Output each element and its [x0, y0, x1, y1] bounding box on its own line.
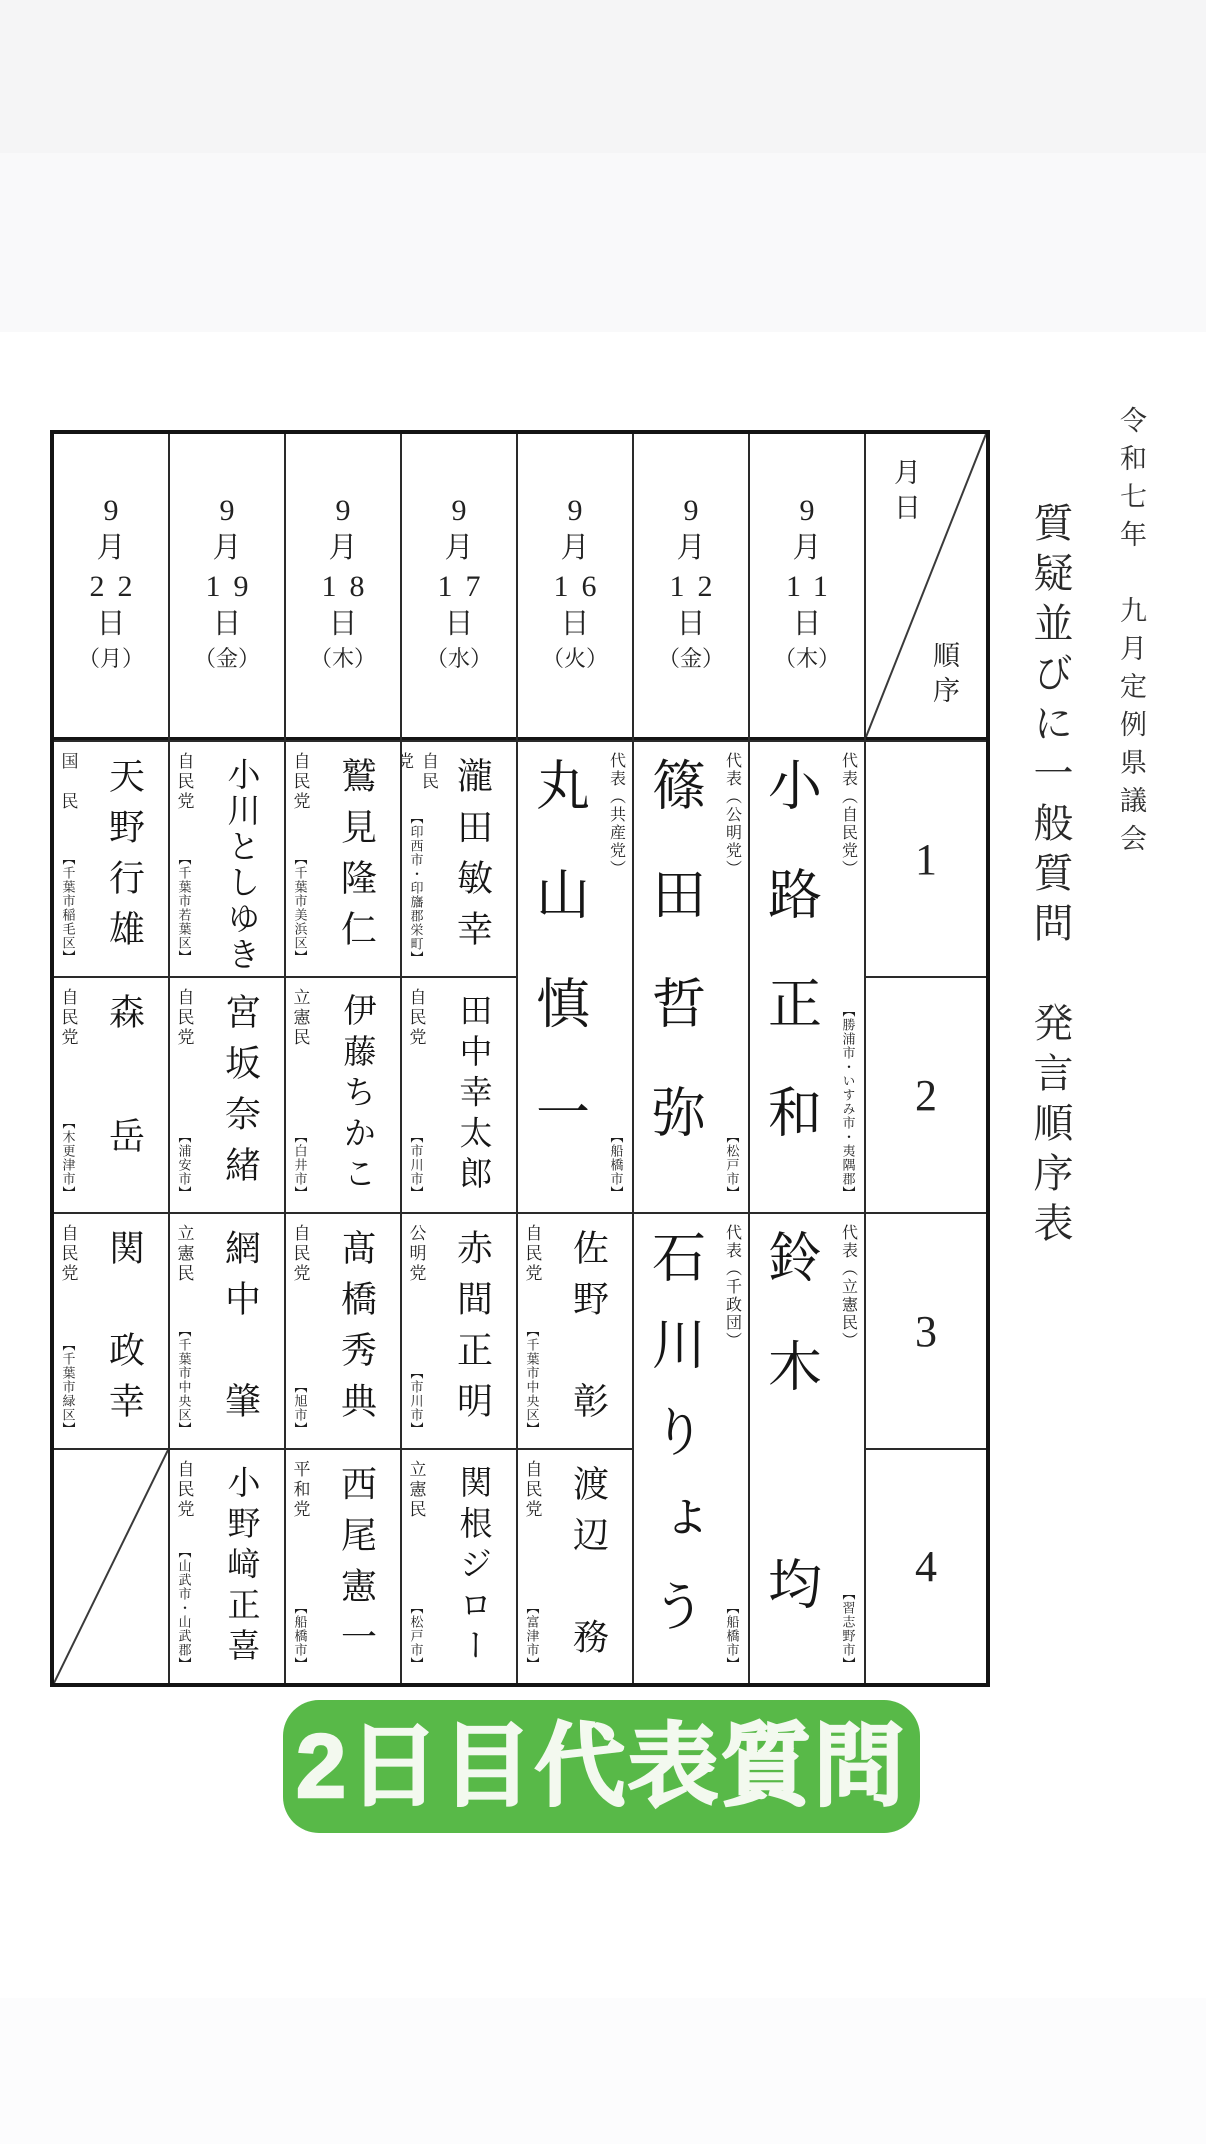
corner-month-day-label: 月日: [886, 458, 925, 528]
district-label: 【船橋市】: [291, 1601, 310, 1671]
date-header-cell: 9月18日（木）: [286, 434, 400, 740]
district-label: 【市川市】: [407, 1366, 426, 1436]
date-weekday: （火）: [542, 645, 608, 673]
date-weekday: （木）: [310, 645, 376, 673]
district-label: 【山武市・山武郡】: [175, 1545, 194, 1671]
member-name-wrap: 関根ジロー: [430, 1450, 516, 1683]
date-weekday: （金）: [658, 645, 724, 673]
member-cell: 小路正和代表（自民党）【勝浦市・いすみ市・夷隅郡】: [750, 742, 864, 1212]
party-label: 立憲民: [288, 988, 313, 1048]
member-label-column: 自民党【千葉市若葉区】: [170, 742, 198, 976]
member-name: 小路正和: [753, 757, 830, 1193]
member-name: 鷲見隆仁: [332, 757, 383, 961]
member-label-column: 代表（共産党）【船橋市】: [600, 742, 632, 1212]
district-label: 【旭市】: [291, 1380, 310, 1436]
member-cell: 自民党【旭市】髙橋秀典: [286, 1214, 400, 1448]
empty-cell: [54, 1450, 168, 1683]
member-name: 関 政幸: [100, 1229, 151, 1433]
district-label: 【浦安市】: [175, 1130, 194, 1200]
member-cell: 鈴木 均代表（立憲民）【習志野市】: [750, 1214, 864, 1683]
date-day-number: 22: [90, 568, 146, 606]
member-label-column: 国 民【千葉市稲毛区】: [54, 742, 82, 976]
district-label: 【木更津市】: [59, 1116, 78, 1200]
date-day-number: 12: [670, 568, 726, 606]
member-name: 関根ジロー: [450, 1465, 497, 1669]
member-cell: 自民党【浦安市】宮坂奈緒: [170, 978, 284, 1212]
district-label: 【千葉市緑区】: [59, 1338, 78, 1436]
district-label: 【船橋市】: [607, 1130, 626, 1200]
member-name-wrap: 関 政幸: [82, 1214, 168, 1448]
member-name: 伊藤ちかこ: [334, 993, 381, 1197]
member-name-wrap: 伊藤ちかこ: [314, 978, 400, 1212]
member-name: 西尾憲一: [332, 1465, 383, 1669]
district-label: 【市川市】: [407, 1130, 426, 1200]
date-header-cell: 9月12日（金）: [634, 434, 748, 740]
order-cell: 4: [866, 1450, 986, 1683]
member-cell: 石川りょう代表（千政団）【船橋市】: [634, 1214, 748, 1683]
member-name: 石川りょう: [637, 1229, 714, 1665]
party-label: 自民党: [288, 1224, 313, 1284]
date-month-unit: 月: [212, 530, 241, 567]
member-name: 佐野 彰: [564, 1229, 615, 1433]
date-month-unit: 月: [792, 530, 821, 567]
member-name: 鈴木 均: [753, 1229, 830, 1665]
date-weekday: （水）: [426, 645, 492, 673]
member-cell: 公明党【市川市】赤間正明: [402, 1214, 516, 1448]
party-label: 自民党: [172, 752, 197, 812]
member-name: 田中幸太郎: [450, 993, 497, 1197]
member-name-wrap: 赤間正明: [430, 1214, 516, 1448]
member-name-wrap: 天野行雄: [82, 742, 168, 976]
background-band-bottom: [0, 1998, 1206, 2144]
order-number: 1: [915, 834, 937, 885]
member-name-wrap: 森 岳: [82, 978, 168, 1212]
date-month-number: 9: [104, 492, 119, 530]
order-number: 4: [915, 1541, 937, 1592]
member-name-wrap: 鈴木 均: [750, 1214, 832, 1683]
district-label: 【千葉市美浜区】: [291, 852, 310, 964]
member-name: 小野﨑正喜: [218, 1465, 265, 1669]
member-cell: 国 民【千葉市稲毛区】天野行雄: [54, 742, 168, 976]
date-day-unit: 日: [444, 606, 473, 643]
order-cell: 3: [866, 1214, 986, 1448]
screenshot-root: 令和七年 九月定例県議会 質疑並びに一般質問 発言順序表 月日順序12349月1…: [0, 0, 1206, 2144]
date-month-unit: 月: [676, 530, 705, 567]
order-number: 2: [915, 1070, 937, 1121]
district-label: 【白井市】: [291, 1130, 310, 1200]
date-month-number: 9: [452, 492, 467, 530]
district-label: 【勝浦市・いすみ市・夷隅郡】: [839, 1004, 858, 1200]
member-name: 小川としゆき: [218, 757, 265, 973]
district-label: 【千葉市稲毛区】: [59, 852, 78, 964]
party-label: 自民党: [404, 988, 429, 1048]
member-label-column: 自民党【浦安市】: [170, 978, 198, 1212]
member-name: 篠田哲弥: [637, 757, 714, 1193]
member-cell: 平和党【船橋市】西尾憲一: [286, 1450, 400, 1683]
date-header-cell: 9月16日（火）: [518, 434, 632, 740]
party-label: 代表（共産党）: [605, 752, 628, 878]
member-name: 瀧田敏幸: [448, 757, 499, 961]
member-name-wrap: 鷲見隆仁: [314, 742, 400, 976]
member-name-wrap: 西尾憲一: [314, 1450, 400, 1683]
member-name-wrap: 網中 肇: [198, 1214, 284, 1448]
party-label: 立憲民: [172, 1224, 197, 1284]
member-cell: 自民党【印西市・印旛郡栄町】瀧田敏幸: [402, 742, 516, 976]
member-label-column: 自民党【木更津市】: [54, 978, 82, 1212]
district-label: 【松戸市】: [407, 1601, 426, 1671]
badge-text: 2日目代表質問: [296, 1722, 907, 1812]
corner-cell: 月日順序: [866, 434, 986, 740]
member-name: 宮坂奈緒: [216, 993, 267, 1197]
party-label: 国 民: [56, 752, 81, 812]
member-label-column: 自民党【富津市】: [518, 1450, 546, 1683]
party-label: 自民党: [172, 988, 197, 1048]
date-month-number: 9: [336, 492, 351, 530]
date-day-number: 17: [438, 568, 494, 606]
member-name: 髙橋秀典: [332, 1229, 383, 1433]
member-label-column: 自民党【山武市・山武郡】: [170, 1450, 198, 1683]
member-name: 天野行雄: [100, 757, 151, 961]
date-weekday: （木）: [774, 645, 840, 673]
date-month-unit: 月: [328, 530, 357, 567]
district-label: 【印西市・印旛郡栄町】: [407, 811, 426, 964]
date-day-unit: 日: [328, 606, 357, 643]
date-month-number: 9: [684, 492, 699, 530]
district-label: 【松戸市】: [723, 1130, 742, 1200]
party-label: 代表（自民党）: [837, 752, 860, 878]
member-label-column: 代表（自民党）【勝浦市・いすみ市・夷隅郡】: [832, 742, 864, 1212]
member-label-column: 自民党【旭市】: [286, 1214, 314, 1448]
date-day-unit: 日: [676, 606, 705, 643]
order-number: 3: [915, 1306, 937, 1357]
member-cell: 自民党【山武市・山武郡】小野﨑正喜: [170, 1450, 284, 1683]
member-label-column: 自民党【千葉市緑区】: [54, 1214, 82, 1448]
order-cell: 2: [866, 978, 986, 1212]
background-band-top: [0, 0, 1206, 153]
member-cell: 自民党【千葉市中央区】佐野 彰: [518, 1214, 632, 1448]
document-subtitle: 令和七年 九月定例県議会: [1112, 406, 1151, 862]
party-label: 自民党: [520, 1460, 545, 1520]
date-day-number: 19: [206, 568, 262, 606]
party-label: 代表（立憲民）: [837, 1224, 860, 1350]
date-month-unit: 月: [444, 530, 473, 567]
date-day-unit: 日: [96, 606, 125, 643]
party-label: 代表（公明党）: [721, 752, 744, 878]
party-label: 立憲民: [404, 1460, 429, 1520]
member-name-wrap: 瀧田敏幸: [430, 742, 516, 976]
member-label-column: 自民党【千葉市美浜区】: [286, 742, 314, 976]
date-header-cell: 9月22日（月）: [54, 434, 168, 740]
party-label: 平和党: [288, 1460, 313, 1520]
member-name-wrap: 佐野 彰: [546, 1214, 632, 1448]
member-cell: 丸山慎一代表（共産党）【船橋市】: [518, 742, 632, 1212]
date-day-number: 16: [554, 568, 610, 606]
party-label: 自民党: [172, 1460, 197, 1520]
district-label: 【千葉市中央区】: [523, 1324, 542, 1436]
document-title: 質疑並びに一般質問 発言順序表: [1022, 502, 1079, 1252]
member-name-wrap: 田中幸太郎: [430, 978, 516, 1212]
member-name-wrap: 石川りょう: [634, 1214, 716, 1683]
date-day-number: 11: [786, 568, 841, 606]
schedule-table: 月日順序12349月11日（木）小路正和代表（自民党）【勝浦市・いすみ市・夷隅郡…: [50, 430, 990, 1687]
date-weekday: （月）: [78, 645, 144, 673]
member-cell: 立憲民【松戸市】関根ジロー: [402, 1450, 516, 1683]
district-label: 【習志野市】: [839, 1587, 858, 1671]
background-band-mid: [0, 153, 1206, 332]
member-label-column: 立憲民【松戸市】: [402, 1450, 430, 1683]
district-label: 【千葉市若葉区】: [175, 852, 194, 964]
member-name: 森 岳: [100, 993, 151, 1179]
member-name-wrap: 丸山慎一: [518, 742, 600, 1212]
member-name-wrap: 宮坂奈緒: [198, 978, 284, 1212]
party-label: 自民党: [288, 752, 313, 812]
member-label-column: 公明党【市川市】: [402, 1214, 430, 1448]
district-label: 【千葉市中央区】: [175, 1324, 194, 1436]
party-label: 自民党: [56, 1224, 81, 1284]
member-name-wrap: 小川としゆき: [198, 742, 284, 976]
member-cell: 自民党【木更津市】森 岳: [54, 978, 168, 1212]
member-name-wrap: 髙橋秀典: [314, 1214, 400, 1448]
member-cell: 自民党【千葉市緑区】関 政幸: [54, 1214, 168, 1448]
member-cell: 自民党【千葉市若葉区】小川としゆき: [170, 742, 284, 976]
member-name: 渡辺 務: [564, 1465, 615, 1669]
date-day-unit: 日: [212, 606, 241, 643]
member-label-column: 代表（公明党）【松戸市】: [716, 742, 748, 1212]
member-cell: 自民党【千葉市美浜区】鷲見隆仁: [286, 742, 400, 976]
party-label: 代表（千政団）: [721, 1224, 744, 1350]
member-label-column: 平和党【船橋市】: [286, 1450, 314, 1683]
member-cell: 篠田哲弥代表（公明党）【松戸市】: [634, 742, 748, 1212]
district-label: 【船橋市】: [723, 1601, 742, 1671]
date-month-number: 9: [568, 492, 583, 530]
party-label: 自民党: [520, 1224, 545, 1284]
district-label: 【富津市】: [523, 1601, 542, 1671]
member-label-column: 自民党【印西市・印旛郡栄町】: [402, 742, 430, 976]
date-header-cell: 9月19日（金）: [170, 434, 284, 740]
member-label-column: 自民党【市川市】: [402, 978, 430, 1212]
date-day-unit: 日: [792, 606, 821, 643]
member-label-column: 代表（立憲民）【習志野市】: [832, 1214, 864, 1683]
member-cell: 立憲民【白井市】伊藤ちかこ: [286, 978, 400, 1212]
member-cell: 自民党【市川市】田中幸太郎: [402, 978, 516, 1212]
member-label-column: 立憲民【白井市】: [286, 978, 314, 1212]
date-day-number: 18: [322, 568, 378, 606]
member-name-wrap: 篠田哲弥: [634, 742, 716, 1212]
date-weekday: （金）: [194, 645, 260, 673]
member-name-wrap: 渡辺 務: [546, 1450, 632, 1683]
date-header-cell: 9月17日（水）: [402, 434, 516, 740]
date-day-unit: 日: [560, 606, 589, 643]
member-name: 赤間正明: [448, 1229, 499, 1433]
member-cell: 立憲民【千葉市中央区】網中 肇: [170, 1214, 284, 1448]
day2-badge: 2日目代表質問: [283, 1700, 920, 1833]
date-month-unit: 月: [96, 530, 125, 567]
member-label-column: 立憲民【千葉市中央区】: [170, 1214, 198, 1448]
member-name-wrap: 小野﨑正喜: [198, 1450, 284, 1683]
party-label: 自民党: [56, 988, 81, 1048]
date-month-number: 9: [220, 492, 235, 530]
member-label-column: 自民党【千葉市中央区】: [518, 1214, 546, 1448]
diagonal-line: [54, 1450, 168, 1683]
member-name: 網中 肇: [216, 1229, 267, 1433]
member-name-wrap: 小路正和: [750, 742, 832, 1212]
date-month-number: 9: [800, 492, 815, 530]
member-label-column: 代表（千政団）【船橋市】: [716, 1214, 748, 1683]
date-header-cell: 9月11日（木）: [750, 434, 864, 740]
order-cell: 1: [866, 742, 986, 976]
member-name: 丸山慎一: [521, 757, 598, 1193]
date-month-unit: 月: [560, 530, 589, 567]
member-cell: 自民党【富津市】渡辺 務: [518, 1450, 632, 1683]
corner-order-label: 順序: [925, 641, 964, 711]
party-label: 公明党: [404, 1224, 429, 1284]
